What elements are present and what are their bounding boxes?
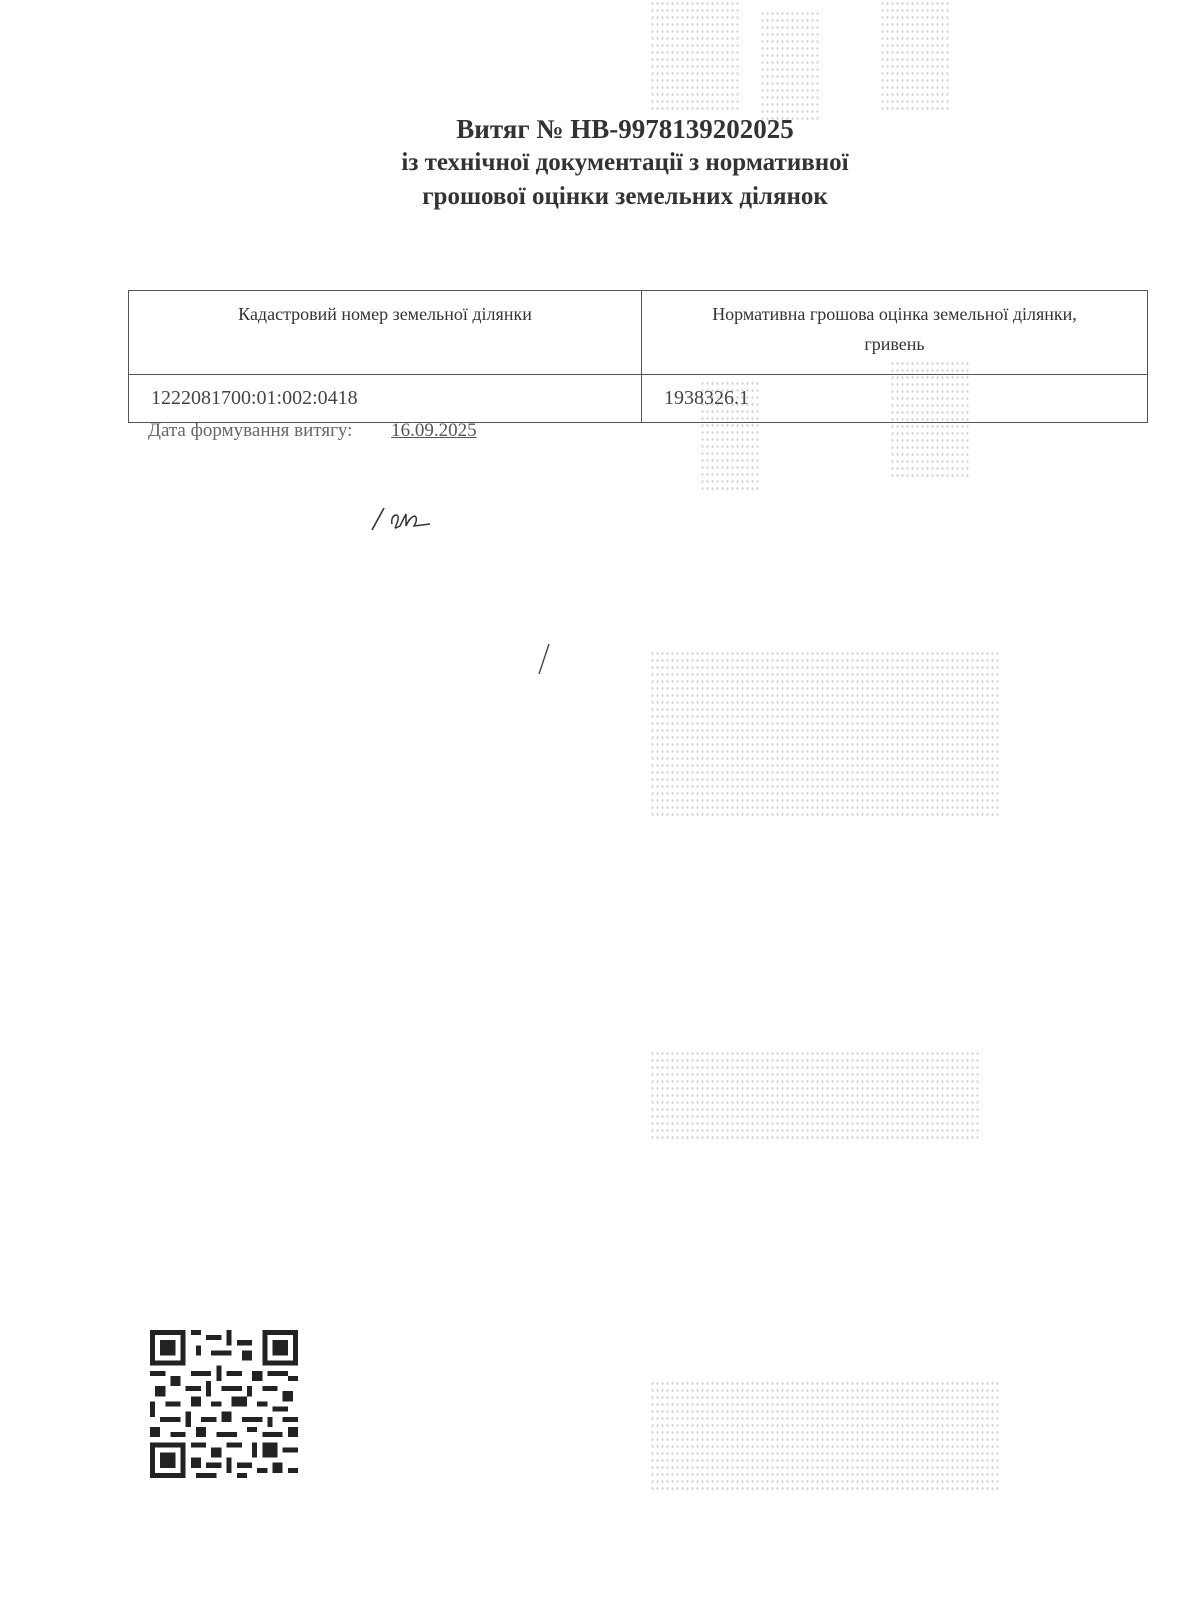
document-title: Витяг № НВ-9978139202025 із технічної до…	[0, 112, 1200, 214]
date-label: Дата формування витягу:	[148, 420, 352, 441]
handwritten-mark	[535, 640, 555, 680]
title-line-2: із технічної документації з нормативної	[0, 146, 1200, 180]
scan-artifact	[650, 0, 740, 110]
scan-artifact	[650, 1050, 980, 1140]
scan-artifact	[650, 650, 1000, 820]
date-value: 16.09.2025	[391, 420, 477, 441]
extract-date: Дата формування витягу: 16.09.2025	[148, 420, 477, 442]
scan-artifact	[650, 1380, 1000, 1490]
title-line-3: грошової оцінки земельних ділянок	[0, 180, 1200, 214]
scan-artifact	[760, 10, 820, 120]
header-cadastral-number: Кадастровий номер земельної ділянки	[129, 291, 642, 375]
title-line-1: Витяг № НВ-9978139202025	[0, 112, 1200, 146]
cell-normative-valuation: 1938326.1	[642, 375, 1148, 423]
table-header-row: Кадастровий номер земельної ділянки Норм…	[129, 291, 1148, 375]
qr-code-icon	[150, 1330, 298, 1478]
header-normative-valuation: Нормативна грошова оцінка земельної діля…	[642, 291, 1148, 375]
scan-artifact	[880, 0, 950, 110]
table-row: 1222081700:01:002:0418 1938326.1	[129, 375, 1148, 423]
cell-cadastral-number: 1222081700:01:002:0418	[129, 375, 642, 423]
valuation-table: Кадастровий номер земельної ділянки Норм…	[128, 290, 1148, 423]
handwritten-signature	[370, 500, 450, 540]
